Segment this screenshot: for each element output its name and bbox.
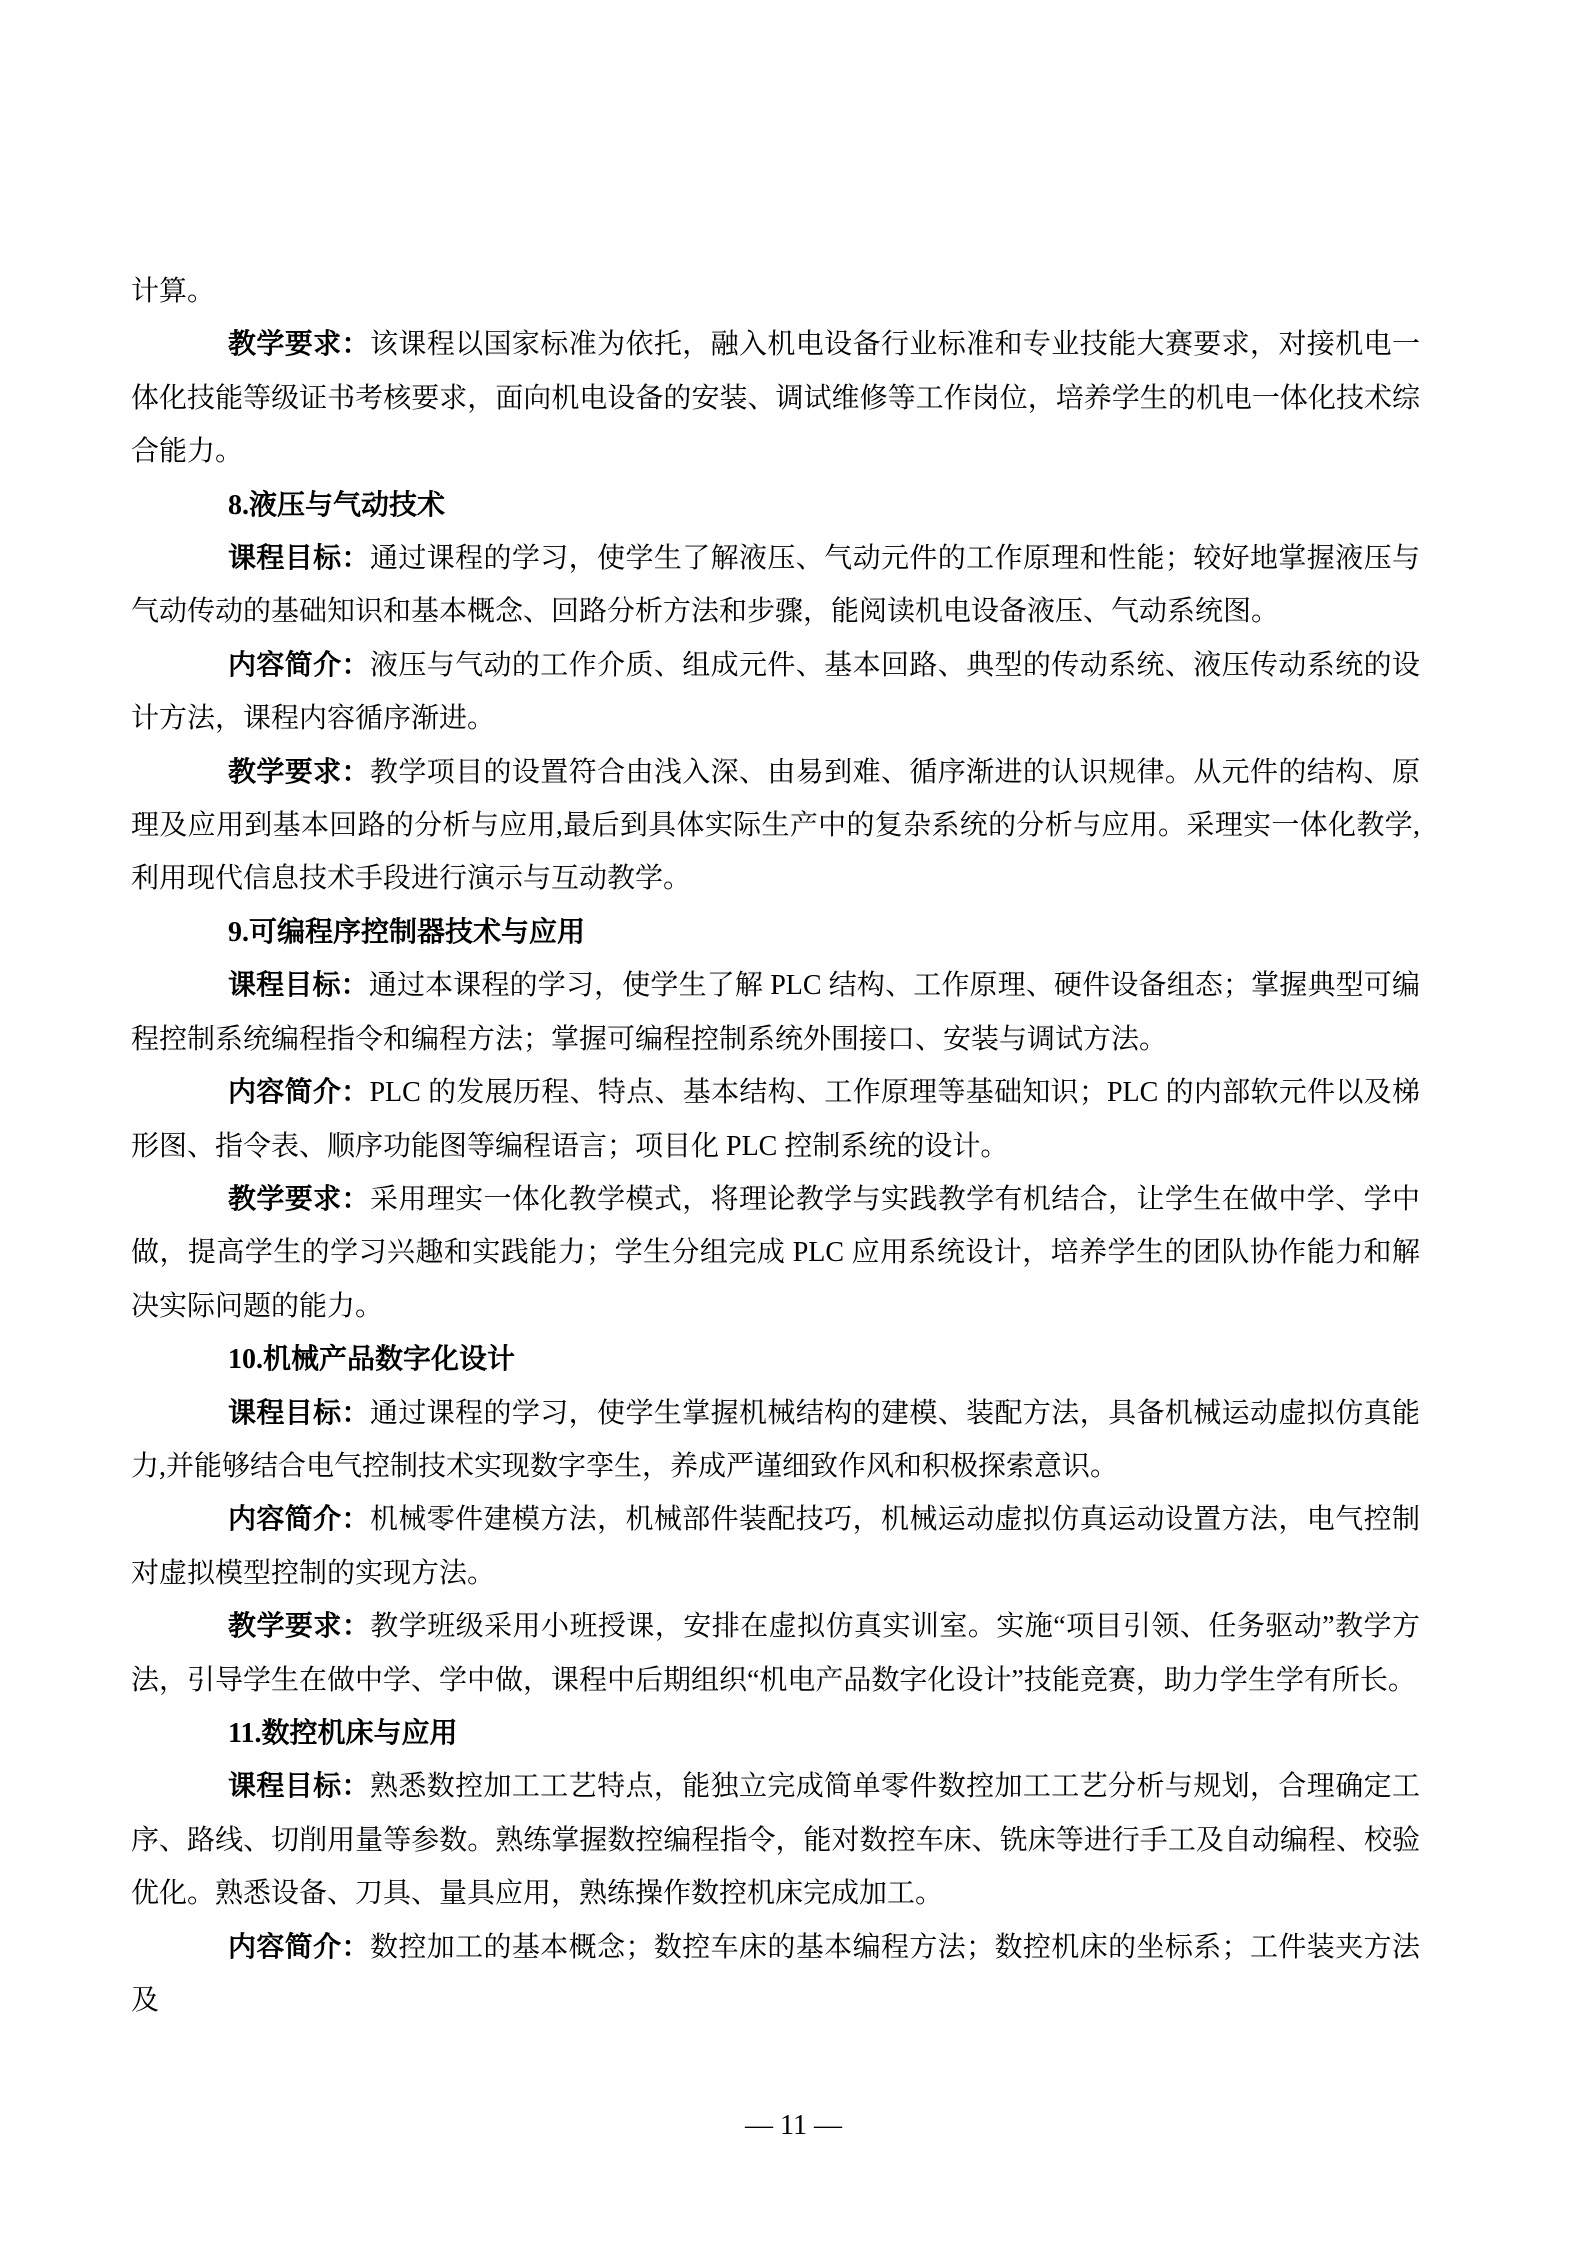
document-body: 计算。教学要求：该课程以国家标准为依托，融入机电设备行业标准和专业技能大赛要求，… — [131, 265, 1420, 2027]
paragraph: 内容简介：数控加工的基本概念；数控车床的基本编程方法；数控机床的坐标系；工件装夹… — [131, 1921, 1420, 2028]
page-footer: — 11 — — [0, 2106, 1587, 2146]
paragraph: 教学要求：教学项目的设置符合由浅入深、由易到难、循序渐进的认识规律。从元件的结构… — [131, 746, 1420, 906]
paragraph-lead: 课程目标： — [228, 1771, 370, 1802]
paragraph-lead: 教学要求： — [228, 329, 370, 360]
course-heading: 10.机械产品数字化设计 — [131, 1333, 1420, 1386]
paragraph: 教学要求：教学班级采用小班授课，安排在虚拟仿真实训室。实施“项目引领、任务驱动”… — [131, 1600, 1420, 1707]
paragraph-text: 11.数控机床与应用 — [228, 1718, 457, 1749]
paragraph: 内容简介：机械零件建模方法，机械部件装配技巧，机械运动虚拟仿真运动设置方法，电气… — [131, 1493, 1420, 1600]
paragraph: 课程目标：通过课程的学习，使学生了解液压、气动元件的工作原理和性能；较好地掌握液… — [131, 532, 1420, 639]
paragraph-lead: 教学要求： — [228, 1184, 370, 1215]
paragraph-text: 10.机械产品数字化设计 — [228, 1344, 515, 1375]
paragraph-text: 计算。 — [131, 276, 215, 307]
paragraph: 课程目标：通过课程的学习，使学生掌握机械结构的建模、装配方法，具备机械运动虚拟仿… — [131, 1387, 1420, 1494]
paragraph: 教学要求：采用理实一体化教学模式，将理论教学与实践教学有机结合，让学生在做中学、… — [131, 1173, 1420, 1333]
paragraph-text: 9.可编程序控制器技术与应用 — [228, 917, 585, 948]
paragraph: 教学要求：该课程以国家标准为依托，融入机电设备行业标准和专业技能大赛要求，对接机… — [131, 318, 1420, 478]
paragraph-lead: 课程目标： — [228, 543, 370, 574]
course-heading: 9.可编程序控制器技术与应用 — [131, 906, 1420, 959]
course-heading: 11.数控机床与应用 — [131, 1707, 1420, 1760]
paragraph-text: 8.液压与气动技术 — [228, 490, 445, 521]
course-heading: 8.液压与气动技术 — [131, 479, 1420, 532]
paragraph-lead: 教学要求： — [228, 757, 370, 788]
paragraph: 课程目标：通过本课程的学习，使学生了解 PLC 结构、工作原理、硬件设备组态；掌… — [131, 959, 1420, 1066]
paragraph-lead: 内容简介： — [228, 1504, 370, 1535]
paragraph: 计算。 — [131, 265, 1420, 318]
page-number: — 11 — — [745, 2110, 842, 2141]
paragraph-lead: 课程目标： — [228, 970, 369, 1001]
paragraph-lead: 内容简介： — [228, 1077, 369, 1108]
paragraph-lead: 内容简介： — [228, 650, 370, 681]
paragraph: 课程目标：熟悉数控加工工艺特点，能独立完成简单零件数控加工工艺分析与规划，合理确… — [131, 1760, 1420, 1920]
paragraph-lead: 课程目标： — [228, 1398, 370, 1429]
paragraph-lead: 教学要求： — [228, 1611, 370, 1642]
paragraph: 内容简介：液压与气动的工作介质、组成元件、基本回路、典型的传动系统、液压传动系统… — [131, 639, 1420, 746]
paragraph-lead: 内容简介： — [228, 1932, 370, 1963]
paragraph: 内容简介：PLC 的发展历程、特点、基本结构、工作原理等基础知识；PLC 的内部… — [131, 1066, 1420, 1173]
document-page: 计算。教学要求：该课程以国家标准为依托，融入机电设备行业标准和专业技能大赛要求，… — [0, 0, 1587, 2245]
